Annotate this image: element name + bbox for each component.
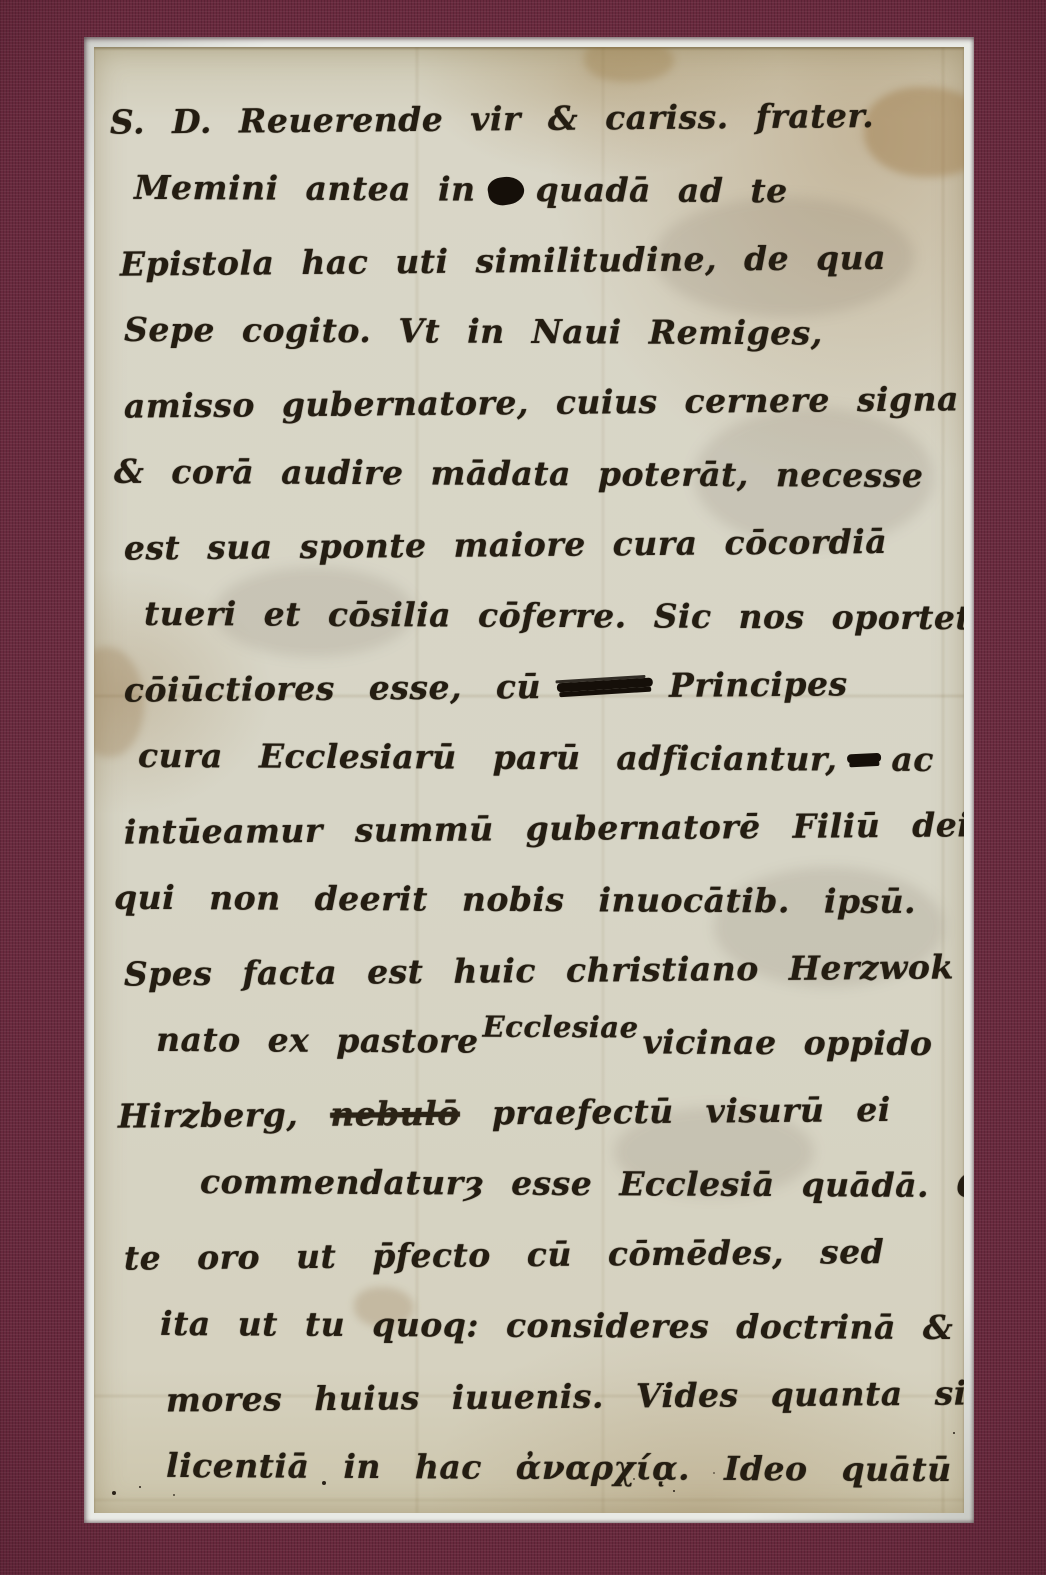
stain [584, 47, 674, 82]
manuscript-line: & corā audire mādata poterāt, necesse [114, 452, 954, 527]
manuscript-line: licentiā in hac ἀναρχίᾳ. Ideo quātū [166, 1446, 954, 1513]
white-inner-mat: S. D. Reuerende vir & cariss. frater. Me… [84, 37, 974, 1523]
manuscript-line: amisso gubernatore, cuius cernere signa [124, 379, 955, 457]
manuscript-line: est sua sponte maiore cura cōcordiā [124, 521, 955, 599]
manuscript-line: Epistola hac uti similitudine, de qua [120, 237, 955, 315]
ink-specks [112, 1491, 116, 1495]
manuscript-line: te oro ut p̄fecto cū cōmēdes, sed [124, 1231, 955, 1309]
manuscript-line: qui non deerit nobis inuocātib. ipsū. [114, 878, 954, 953]
manuscript-line: Sepe cogito. Vt in Naui Remiges, [124, 310, 954, 385]
manuscript-line: ita ut tu quoq: consideres doctrinā & [160, 1304, 954, 1379]
manuscript-line: S. D. Reuerende vir & cariss. frater. [110, 95, 955, 173]
manuscript-line: intūeamur summū gubernatorē Filiū dei [124, 805, 955, 883]
framed-manuscript-photo: S. D. Reuerende vir & cariss. frater. Me… [0, 0, 1046, 1575]
manuscript-line: cōiūctiores esse, cūPrincipes [124, 663, 955, 741]
manuscript-line: tueri et cōsilia cōferre. Sic nos oporte… [144, 594, 954, 669]
interlinear-insertion: Ecclesiae [483, 1010, 639, 1045]
ink-blot-deletion [485, 174, 525, 208]
strikethrough-deletion [847, 753, 881, 764]
strikethrough-deletion [557, 678, 653, 693]
manuscript-line: nato ex pastoreEcclesiaevicinae oppido [156, 1020, 954, 1095]
manuscript-line: Memini antea inquadā ad te [134, 168, 954, 243]
letter-text: S. D. Reuerende vir & cariss. frater. Me… [108, 99, 954, 1513]
struck-word: nebulō [330, 1094, 460, 1134]
manuscript-line: cura Ecclesiarū parū adficiantur,ac [138, 736, 954, 811]
manuscript-paper: S. D. Reuerende vir & cariss. frater. Me… [94, 47, 964, 1513]
manuscript-line: commendaturȝ esse Ecclesiā quādā. Quare [200, 1162, 954, 1237]
manuscript-line: Hirzberg, nebulō praefectū visurū ei [118, 1089, 955, 1167]
manuscript-line: mores huius iuuenis. Vides quanta sit [166, 1374, 955, 1452]
